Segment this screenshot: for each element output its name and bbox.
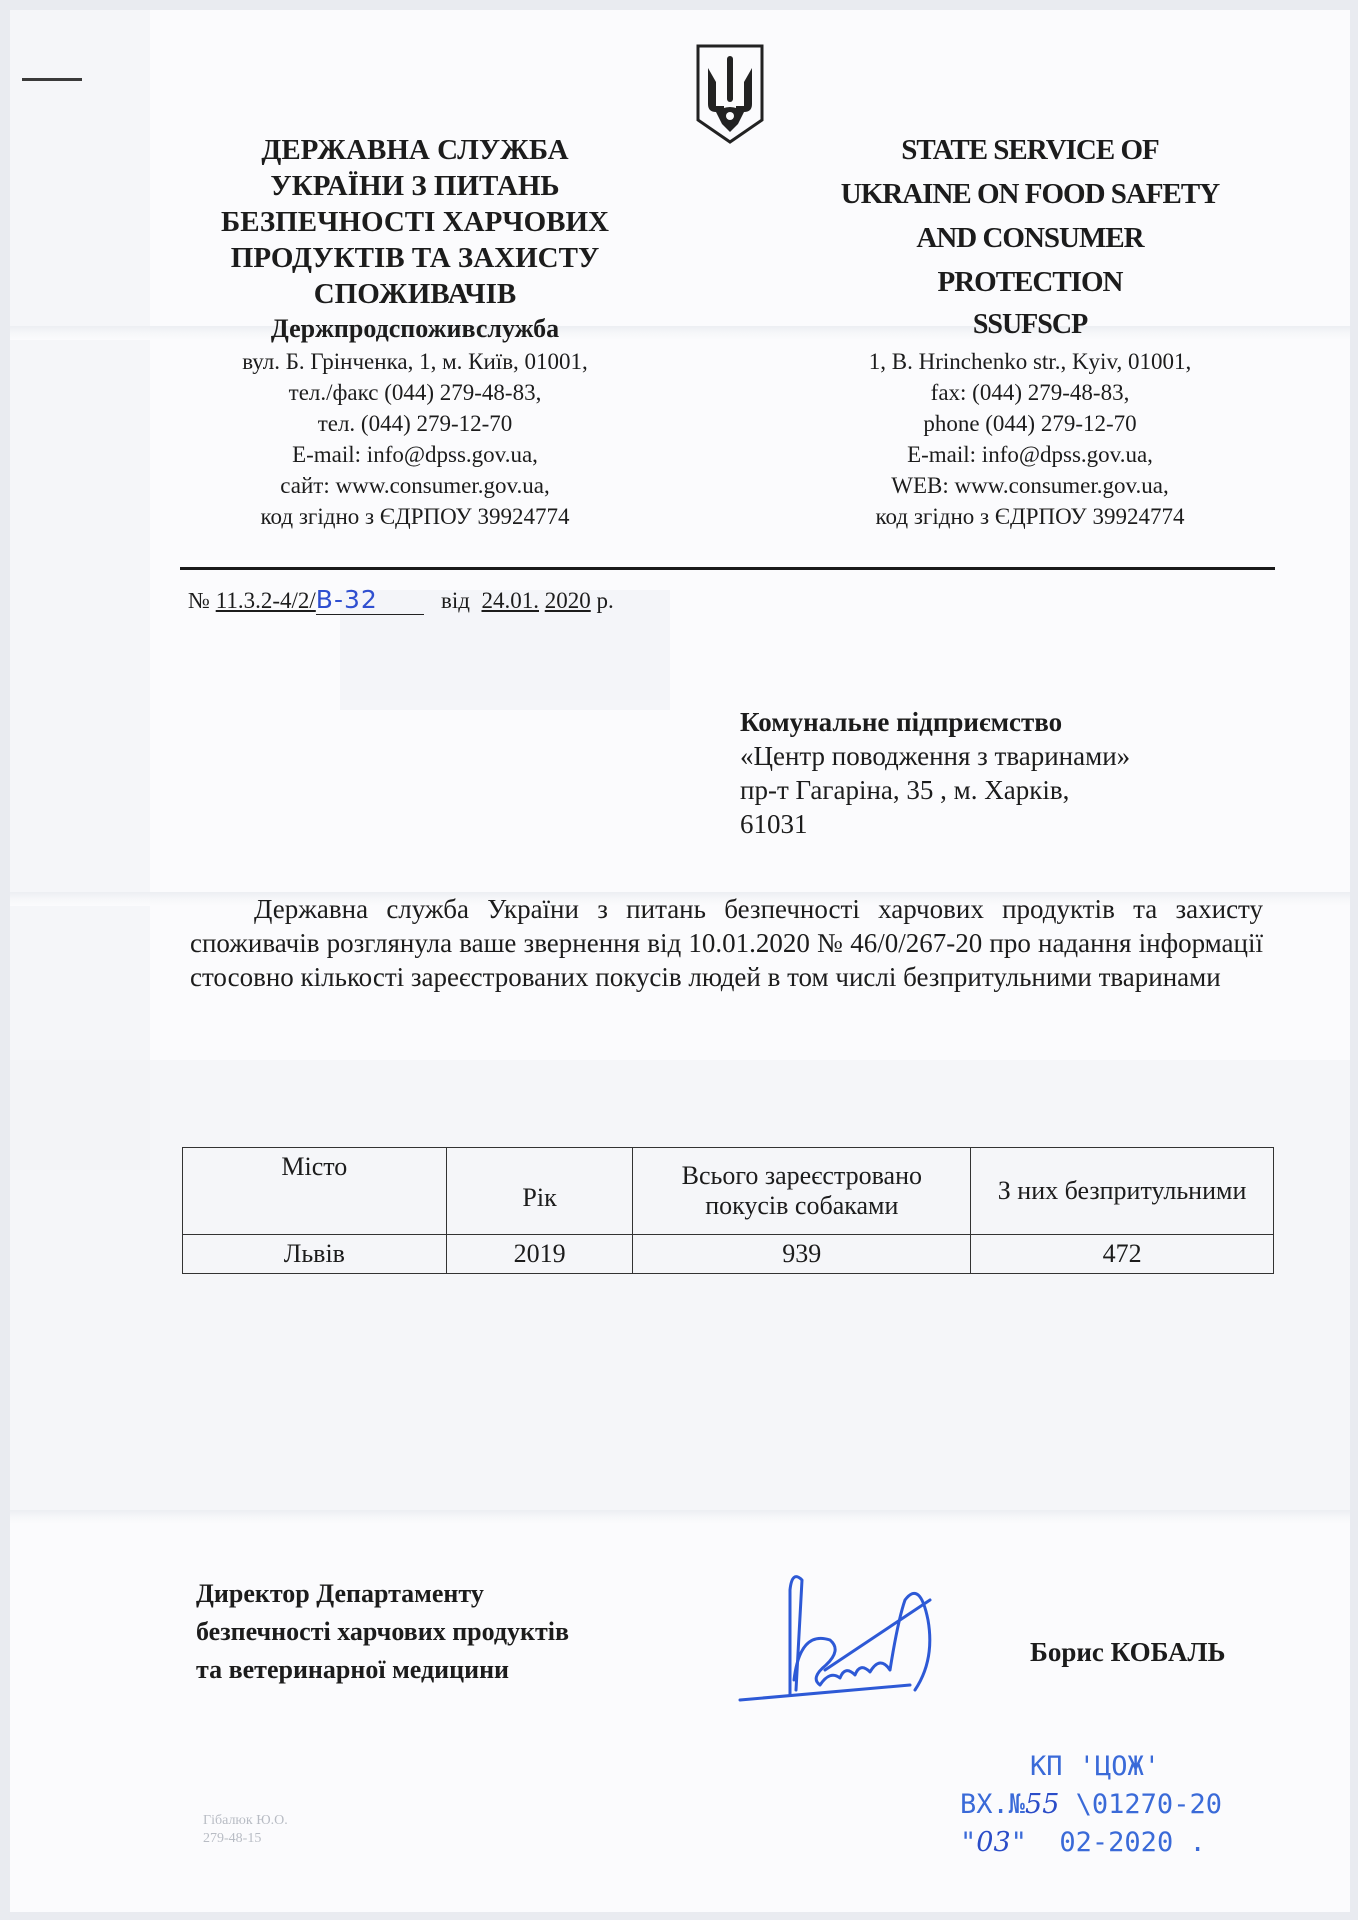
stamp-org: КП 'ЦОЖ' (960, 1748, 1222, 1786)
agency-title-line: AND CONSUMER (820, 216, 1240, 260)
contact-line: WEB: www.consumer.gov.ua, (820, 470, 1240, 501)
table-row: Львів 2019 939 472 (183, 1235, 1274, 1274)
cell-year: 2019 (446, 1235, 633, 1274)
agency-title-line: УКРАЇНИ З ПИТАНЬ (175, 168, 655, 204)
from-label: від (441, 588, 470, 613)
column-header-stray: З них безпритульними (971, 1148, 1274, 1235)
agency-short-name: SSUFSCP (820, 304, 1240, 346)
letterhead-ukrainian: ДЕРЖАВНА СЛУЖБА УКРАЇНИ З ПИТАНЬ БЕЗПЕЧН… (175, 132, 655, 532)
handwritten-signature-icon (730, 1560, 960, 1710)
stamp-handwritten-number: 55 (1025, 1789, 1059, 1820)
handwritten-reference: В-32 (316, 585, 424, 615)
contact-line: 1, B. Hrinchenko str., Kyiv, 01001, (820, 346, 1240, 377)
stamp-incoming-label: ВХ.№ (960, 1789, 1025, 1820)
document-reference: № 11.3.2-4/2/В-32 від 24.01. 2020 р. (188, 585, 614, 615)
signatory-name: Борис КОБАЛЬ (1030, 1637, 1226, 1668)
scan-shadow (10, 10, 150, 1170)
paper-fold (10, 1510, 1350, 1524)
stamp-handwritten-day: 03 (976, 1827, 1010, 1858)
addressee-block: Комунальне підприємство «Центр поводженн… (740, 705, 1130, 841)
signatory-title: Директор Департаменту безпечності харчов… (196, 1575, 569, 1689)
margin-dash (22, 78, 82, 81)
incoming-registration-stamp: КП 'ЦОЖ' ВХ.№55 \01270-20 "03" 02-2020 . (960, 1748, 1222, 1862)
signatory-title-line: Директор Департаменту (196, 1575, 569, 1613)
letterhead-english: STATE SERVICE OF UKRAINE ON FOOD SAFETY … (820, 128, 1240, 532)
agency-title-line: PROTECTION (820, 260, 1240, 304)
signatory-title-line: безпечності харчових продуктів (196, 1613, 569, 1651)
contact-line: сайт: www.consumer.gov.ua, (175, 470, 655, 501)
contact-line: тел. (044) 279-12-70 (175, 408, 655, 439)
number-sign: № (188, 588, 210, 613)
addressee-postcode: 61031 (740, 807, 1130, 841)
stamp-date-line: "03" 02-2020 . (960, 1824, 1222, 1862)
reference-year: 2020 (545, 588, 591, 613)
scan-shadow (10, 1060, 1350, 1520)
contact-line: код згідно з ЄДРПОУ 39924774 (820, 501, 1240, 532)
column-header-year: Рік (446, 1148, 633, 1235)
agency-title-line: ДЕРЖАВНА СЛУЖБА (175, 132, 655, 168)
addressee-org-name: «Центр поводження з тваринами» (740, 739, 1130, 773)
agency-title-line: СПОЖИВАЧІВ (175, 276, 655, 312)
contact-line: fax: (044) 279-48-83, (820, 377, 1240, 408)
agency-title-line: БЕЗПЕЧНОСТІ ХАРЧОВИХ (175, 204, 655, 240)
body-paragraph: Державна служба України з питань безпечн… (190, 894, 1263, 992)
header-divider (180, 567, 1275, 570)
reference-number: 11.3.2-4/2/ (216, 588, 316, 613)
contact-line: phone (044) 279-12-70 (820, 408, 1240, 439)
contact-line: E-mail: info@dpss.gov.ua, (820, 439, 1240, 470)
reference-date: 24.01. (482, 588, 540, 613)
contact-line: E-mail: info@dpss.gov.ua, (175, 439, 655, 470)
executor-name: Гібалюк Ю.О. (203, 1812, 288, 1830)
cell-city: Львів (183, 1235, 447, 1274)
column-header-total-bites: Всього зареєстровано покусів собаками (633, 1148, 971, 1235)
column-header-city: Місто (183, 1148, 447, 1235)
addressee-org-type: Комунальне підприємство (740, 705, 1130, 739)
coat-of-arms-icon (694, 42, 766, 146)
agency-title-line: STATE SERVICE OF (820, 128, 1240, 172)
stamp-number-line: ВХ.№55 \01270-20 (960, 1786, 1222, 1824)
cell-total-bites: 939 (633, 1235, 971, 1274)
contact-line: вул. Б. Грінченка, 1, м. Київ, 01001, (175, 346, 655, 377)
agency-title-line: ПРОДУКТІВ ТА ЗАХИСТУ (175, 240, 655, 276)
letter-body: Державна служба України з питань безпечн… (190, 892, 1263, 994)
addressee-street: пр-т Гагаріна, 35 , м. Харків, (740, 773, 1130, 807)
stamp-register-code: \01270-20 (1076, 1789, 1222, 1820)
agency-short-name: Держпродспоживслужба (175, 312, 655, 346)
signatory-title-line: та ветеринарної медицини (196, 1651, 569, 1689)
cell-stray-bites: 472 (971, 1235, 1274, 1274)
contact-line: код згідно з ЄДРПОУ 39924774 (175, 501, 655, 532)
stamp-month-year: 02-2020 . (1059, 1827, 1205, 1858)
year-suffix: р. (597, 588, 614, 613)
agency-title-line: UKRAINE ON FOOD SAFETY (820, 172, 1240, 216)
executor-note: Гібалюк Ю.О. 279-48-15 (203, 1812, 288, 1848)
executor-phone: 279-48-15 (203, 1830, 288, 1848)
bites-table: Місто Рік Всього зареєстровано покусів с… (182, 1147, 1274, 1274)
table-header-row: Місто Рік Всього зареєстровано покусів с… (183, 1148, 1274, 1235)
contact-line: тел./факс (044) 279-48-83, (175, 377, 655, 408)
